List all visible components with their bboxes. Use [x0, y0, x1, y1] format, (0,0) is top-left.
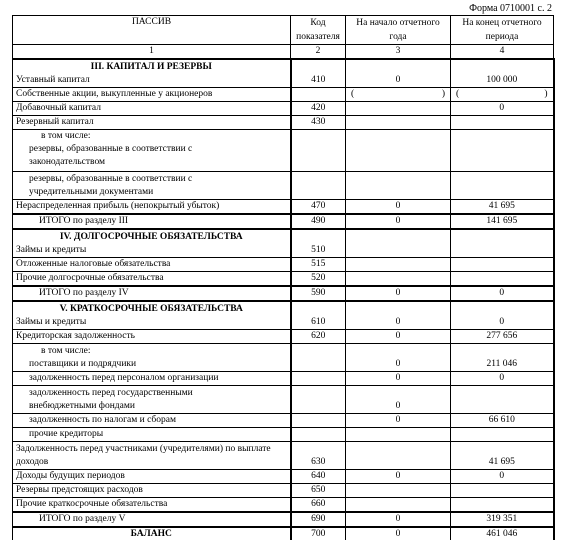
header-liabilities: ПАССИВ — [13, 16, 291, 45]
row-label: прочие кредиторы — [13, 428, 291, 442]
row-end-value — [451, 172, 554, 200]
table-row: IV. ДОЛГОСРОЧНЫЕ ОБЯЗАТЕЛЬСТВАЗаймы и кр… — [13, 229, 554, 258]
row-start-value — [346, 102, 451, 116]
participants-debt-label: Задолженность перед участниками (учредит… — [16, 443, 286, 469]
row-code: 410 — [291, 59, 346, 88]
suppliers-label: поставщики и подрядчики — [13, 358, 290, 371]
row-end-value: 0 — [451, 372, 554, 386]
table-row: Резервный капитал 430 — [13, 116, 554, 130]
table-row: Нераспределенная прибыль (непокрытый убы… — [13, 200, 554, 215]
row-label: задолженность перед персоналом организац… — [13, 372, 291, 386]
row-code — [291, 130, 346, 172]
total-row: ИТОГО по разделу IV 590 0 0 — [13, 286, 554, 301]
row-label: в том числе: резервы, образованные в соо… — [13, 130, 291, 172]
including-label: в том числе: — [13, 130, 290, 143]
row-code: 650 — [291, 484, 346, 498]
row-start-value — [346, 428, 451, 442]
row-code: 590 — [291, 286, 346, 301]
row-start-value: () — [346, 88, 451, 102]
row-label: ИТОГО по разделу III — [13, 214, 291, 229]
row-start-value: 0 — [346, 301, 451, 330]
row-start-value: 0 — [346, 527, 451, 540]
table-row: Задолженность перед участниками (учредит… — [13, 442, 554, 470]
table-row: Отложенные налоговые обязательства 515 — [13, 258, 554, 272]
row-start-value: 0 — [346, 59, 451, 88]
row-label: ИТОГО по разделу V — [13, 512, 291, 527]
table-row: резервы, образованные в соответствии с у… — [13, 172, 554, 200]
row-end-value: 66 610 — [451, 414, 554, 428]
row-start-value — [346, 498, 451, 513]
row-start-value — [346, 258, 451, 272]
row-label: Прочие долгосрочные обязательства — [13, 272, 291, 287]
row-label: Займы и кредиты — [16, 244, 287, 257]
row-label: Кредиторская задолженность — [13, 330, 291, 344]
row-code: 700 — [291, 527, 346, 540]
row-start-value — [346, 116, 451, 130]
row-code: 515 — [291, 258, 346, 272]
table-row: Кредиторская задолженность 620 0 277 656 — [13, 330, 554, 344]
row-start-value — [346, 442, 451, 470]
row-code: 630 — [291, 442, 346, 470]
row-label: Доходы будущих периодов — [13, 470, 291, 484]
funds-label: задолженность перед государственными вне… — [29, 387, 229, 413]
row-label: Нераспределенная прибыль (непокрытый убы… — [13, 200, 291, 215]
table-row: задолженность по налогам и сборам 0 66 6… — [13, 414, 554, 428]
row-code: 420 — [291, 102, 346, 116]
row-end-value — [451, 258, 554, 272]
row-label: Задолженность перед участниками (учредит… — [13, 442, 291, 470]
row-label: задолженность по налогам и сборам — [13, 414, 291, 428]
row-end-value: 100 000 — [451, 59, 554, 88]
row-end-value — [451, 428, 554, 442]
row-start-value: 0 — [346, 286, 451, 301]
col-num-3: 3 — [346, 45, 451, 60]
row-end-value: () — [451, 88, 554, 102]
row-label: Собственные акции, выкупленные у акционе… — [13, 88, 291, 102]
table-row: задолженность перед персоналом организац… — [13, 372, 554, 386]
row-code — [291, 88, 346, 102]
row-code: 640 — [291, 470, 346, 484]
row-code — [291, 386, 346, 414]
row-label: задолженность перед государственными вне… — [13, 386, 291, 414]
balance-row: БАЛАНС 700 0 461 046 — [13, 527, 554, 540]
table-row: Доходы будущих периодов 640 0 0 — [13, 470, 554, 484]
column-numbers-row: 1 2 3 4 — [13, 45, 554, 60]
section-4-title: IV. ДОЛГОСРОЧНЫЕ ОБЯЗАТЕЛЬСТВА — [16, 231, 287, 244]
row-code: 510 — [291, 229, 346, 258]
section-5-title: V. КРАТКОСРОЧНЫЕ ОБЯЗАТЕЛЬСТВА — [16, 303, 287, 316]
row-code — [291, 428, 346, 442]
row-label: Отложенные налоговые обязательства — [13, 258, 291, 272]
row-end-value: 0 — [451, 470, 554, 484]
including-label: в том числе: — [13, 345, 290, 358]
row-label: резервы, образованные в соответствии с у… — [13, 172, 291, 200]
row-code: 520 — [291, 272, 346, 287]
table-row: задолженность перед государственными вне… — [13, 386, 554, 414]
row-end-value — [451, 386, 554, 414]
paren-open: ( — [351, 88, 354, 101]
row-end-value — [451, 130, 554, 172]
table-row: V. КРАТКОСРОЧНЫЕ ОБЯЗАТЕЛЬСТВАЗаймы и кр… — [13, 301, 554, 330]
paren-open: ( — [456, 88, 459, 101]
row-start-value: 0 — [346, 470, 451, 484]
liabilities-balance-table: ПАССИВ Код показателя На начало отчетног… — [12, 15, 555, 540]
row-start-value: 0 — [346, 372, 451, 386]
row-end-value — [451, 116, 554, 130]
row-label: Займы и кредиты — [16, 316, 287, 329]
row-code: 610 — [291, 301, 346, 330]
row-start-value — [346, 172, 451, 200]
row-end-value: 0 — [451, 286, 554, 301]
header-start: На начало отчетного года — [346, 16, 451, 45]
row-code: 490 — [291, 214, 346, 229]
row-end-value: 211 046 — [451, 344, 554, 372]
row-code: 430 — [291, 116, 346, 130]
row-start-value — [346, 484, 451, 498]
table-row: Прочие долгосрочные обязательства 520 — [13, 272, 554, 287]
header-end: На конец отчетного периода — [451, 16, 554, 45]
row-end-value: 0 — [451, 102, 554, 116]
row-code — [291, 372, 346, 386]
section-3-title: III. КАПИТАЛ И РЕЗЕРВЫ — [16, 61, 287, 74]
row-start-value: 0 — [346, 386, 451, 414]
row-code — [291, 172, 346, 200]
table-row: Прочие краткосрочные обязательства 660 — [13, 498, 554, 513]
row-end-value: 141 695 — [451, 214, 554, 229]
row-label: Резервный капитал — [13, 116, 291, 130]
row-end-value — [451, 484, 554, 498]
table-row: Резервы предстоящих расходов 650 — [13, 484, 554, 498]
row-label: Резервы предстоящих расходов — [13, 484, 291, 498]
section-4-row: IV. ДОЛГОСРОЧНЫЕ ОБЯЗАТЕЛЬСТВАЗаймы и кр… — [13, 229, 291, 258]
table-row: Добавочный капитал 420 0 — [13, 102, 554, 116]
row-code: 660 — [291, 498, 346, 513]
col-num-2: 2 — [291, 45, 346, 60]
row-end-value: 41 695 — [451, 200, 554, 215]
table-row: в том числе:поставщики и подрядчики 0 21… — [13, 344, 554, 372]
row-start-value: 0 — [346, 344, 451, 372]
row-code: 690 — [291, 512, 346, 527]
paren-close: ) — [544, 88, 547, 101]
col-num-4: 4 — [451, 45, 554, 60]
row-start-value: 0 — [346, 330, 451, 344]
table-row: Собственные акции, выкупленные у акционе… — [13, 88, 554, 102]
row-start-value: 0 — [346, 200, 451, 215]
row-start-value — [346, 229, 451, 258]
header-row: ПАССИВ Код показателя На начало отчетног… — [13, 16, 554, 45]
row-start-value: 0 — [346, 512, 451, 527]
paren-close: ) — [442, 88, 445, 101]
row-label: ИТОГО по разделу IV — [13, 286, 291, 301]
row-code: 620 — [291, 330, 346, 344]
row-end-value: 277 656 — [451, 330, 554, 344]
row-label: в том числе:поставщики и подрядчики — [13, 344, 291, 372]
total-row: ИТОГО по разделу III 490 0 141 695 — [13, 214, 554, 229]
total-row: ИТОГО по разделу V 690 0 319 351 — [13, 512, 554, 527]
row-start-value — [346, 130, 451, 172]
row-start-value: 0 — [346, 414, 451, 428]
section-5-row: V. КРАТКОСРОЧНЫЕ ОБЯЗАТЕЛЬСТВАЗаймы и кр… — [13, 301, 291, 330]
reserves-law-label: резервы, образованные в соответствии с з… — [13, 143, 229, 169]
row-start-value — [346, 272, 451, 287]
row-code — [291, 414, 346, 428]
reserves-charter-label: резервы, образованные в соответствии с у… — [29, 173, 229, 199]
table-row: в том числе: резервы, образованные в соо… — [13, 130, 554, 172]
row-end-value — [451, 272, 554, 287]
row-end-value: 319 351 — [451, 512, 554, 527]
row-end-value — [451, 498, 554, 513]
table-row: прочие кредиторы — [13, 428, 554, 442]
row-end-value: 0 — [451, 301, 554, 330]
section-3-row: III. КАПИТАЛ И РЕЗЕРВЫУставный капитал — [13, 59, 291, 88]
header-code: Код показателя — [291, 16, 346, 45]
row-start-value: 0 — [346, 214, 451, 229]
form-number-label: Форма 0710001 с. 2 — [469, 3, 552, 14]
row-end-value — [451, 229, 554, 258]
row-end-value: 41 695 — [451, 442, 554, 470]
row-code — [291, 344, 346, 372]
row-label: Добавочный капитал — [13, 102, 291, 116]
row-label: Уставный капитал — [16, 74, 287, 87]
table-row: III. КАПИТАЛ И РЕЗЕРВЫУставный капитал 4… — [13, 59, 554, 88]
row-end-value: 461 046 — [451, 527, 554, 540]
col-num-1: 1 — [13, 45, 291, 60]
row-code: 470 — [291, 200, 346, 215]
balance-label: БАЛАНС — [13, 527, 291, 540]
row-label: Прочие краткосрочные обязательства — [13, 498, 291, 513]
